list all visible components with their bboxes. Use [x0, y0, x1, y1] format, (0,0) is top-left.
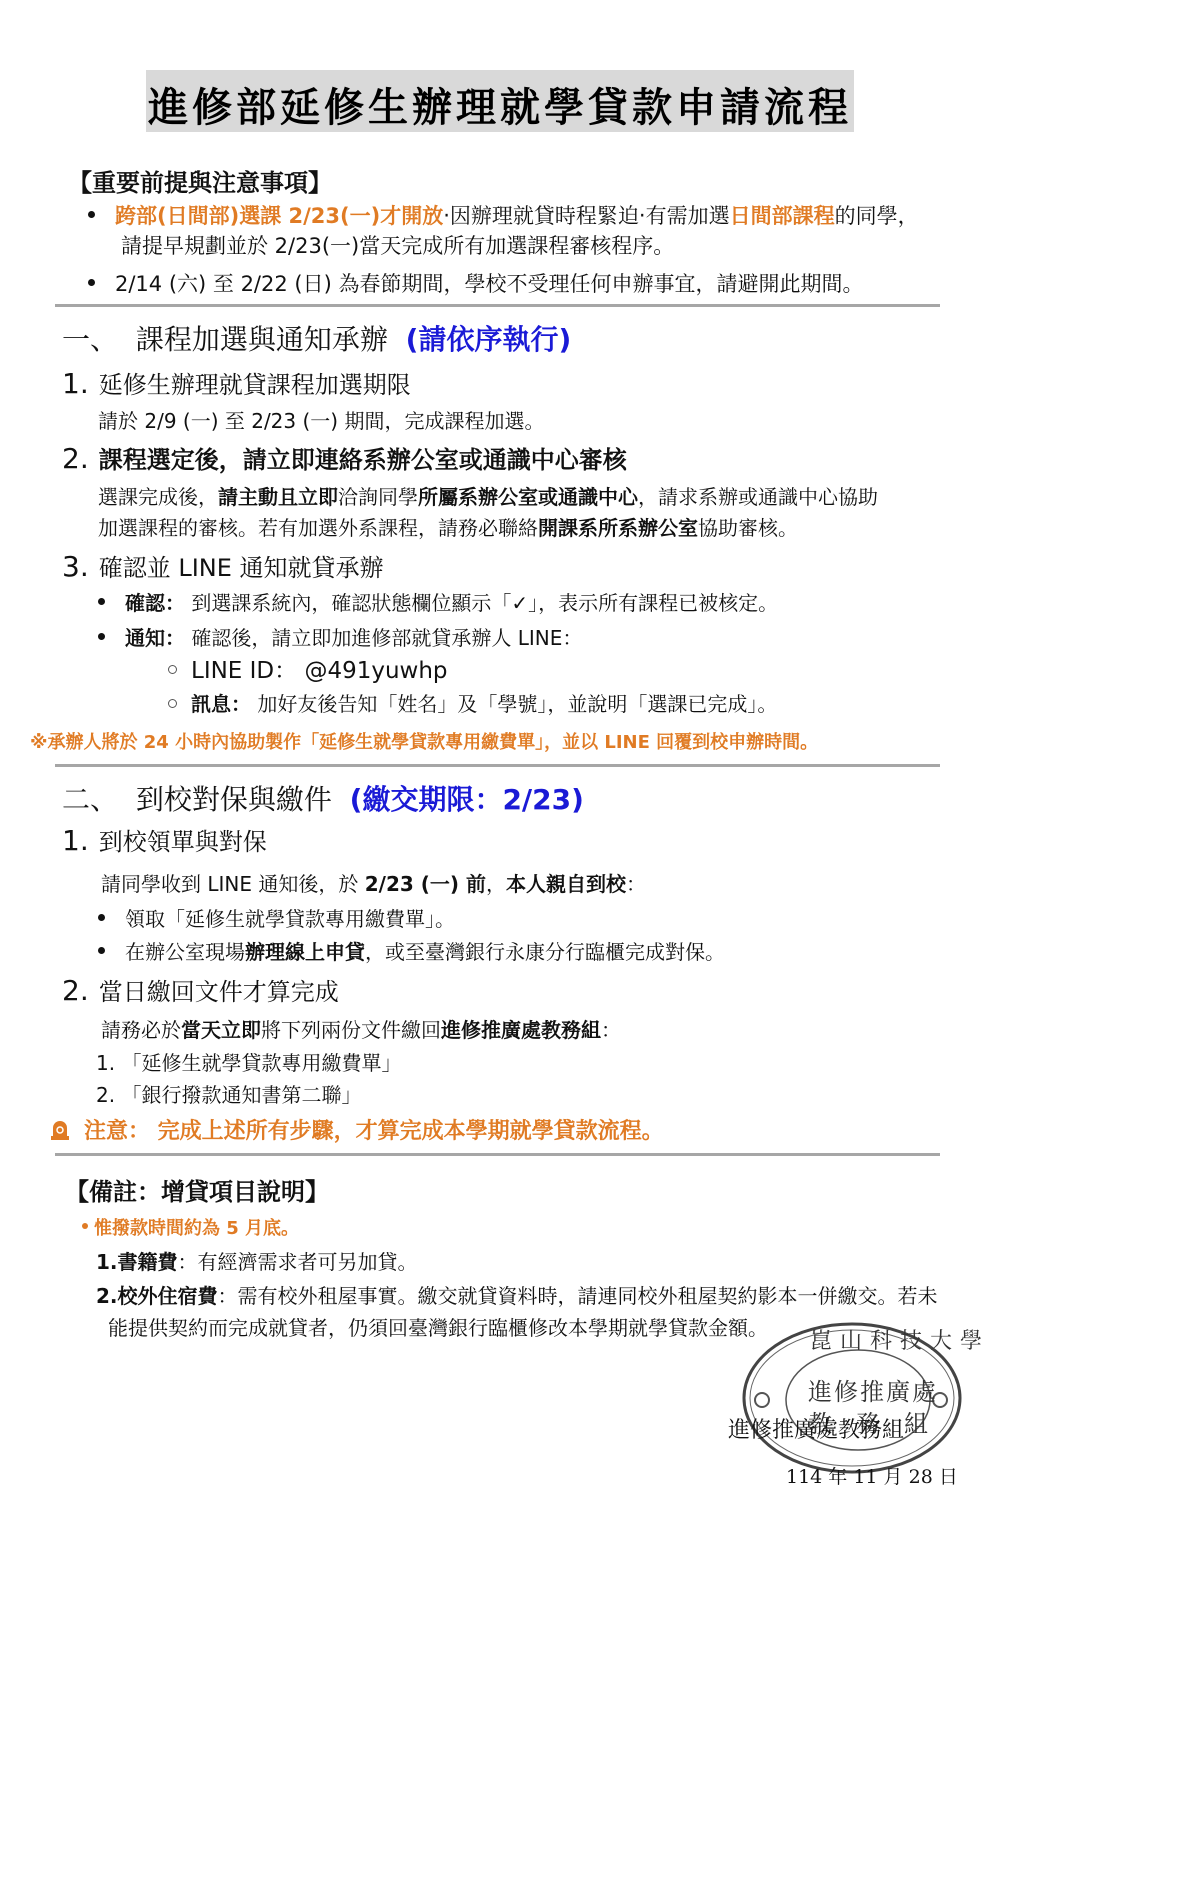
divider: [55, 304, 940, 307]
bullet-icon: [98, 947, 105, 954]
section1-step-3-confirm: 確認： 到選課系統內，確認狀態欄位顯示「✓」，表示所有課程已被核定。: [98, 587, 778, 616]
remarks-item-1: 1.書籍費：有經濟需求者可另加貸。: [96, 1246, 418, 1275]
section1-step-3-notify: 通知： 確認後，請立即加進修部就貸承辦人 LINE：: [98, 622, 582, 651]
document-date: 114 年 11 月 28 日: [786, 1462, 958, 1489]
section1-step-2-body-line2: 加選課程的審核。若有加選外系課程，請務必聯絡開課系所系辦公室協助審核。: [98, 512, 798, 541]
remarks-item-2-line2: 能提供契約而完成就貸者，仍須回臺灣銀行臨櫃修改本學期就學貸款金額。: [108, 1312, 768, 1341]
section2-step-2-body: 請務必於當天立即將下列兩份文件繳回進修推廣處教務組：: [101, 1014, 621, 1043]
bullet-icon: [82, 1223, 88, 1229]
section2-step-1-body: 請同學收到 LINE 通知後，於 2/23 (一) 前，本人親自到校：: [101, 868, 646, 897]
section2-step-1-bullet-1: 領取「延修生就學貸款專用繳費單」。: [98, 903, 455, 932]
alarm-light-icon: [50, 1120, 70, 1140]
section1-step-2: 2.課程選定後，請立即連絡系辦公室或通識中心審核: [62, 440, 627, 475]
prereq-item-1-line2: 請提早規劃並於 2/23(一)當天完成所有加選課程審核程序。: [121, 230, 674, 260]
document-list-item-1: 1. 「延修生就學貸款專用繳費單」: [96, 1047, 401, 1076]
bullet-icon: [98, 598, 105, 605]
document-list-item-2: 2. 「銀行撥款通知書第二聯」: [96, 1079, 361, 1108]
section1-step-2-body-line1: 選課完成後，請主動且立即洽詢同學所屬系辦公室或通識中心，請求系辦或通識中心協助: [98, 481, 878, 510]
remarks-note: 惟撥款時間約為 5 月底。: [82, 1214, 299, 1240]
section2-step-1: 1.到校領單與對保: [62, 822, 267, 857]
remarks-item-2: 2.校外住宿費：需有校外租屋事實。繳交就貸資料時，請連同校外租屋契約影本一併繳交…: [96, 1280, 938, 1309]
section2-step-2: 2.當日繳回文件才算完成: [62, 972, 339, 1007]
circle-bullet-icon: [168, 699, 177, 708]
section2-step-1-bullet-2: 在辦公室現場辦理線上申貸，或至臺灣銀行永康分行臨櫃完成對保。: [98, 936, 725, 965]
section1-step-1: 1.延修生辦理就貸課程加選期限: [62, 365, 411, 400]
section1-step-1-body: 請於 2/9 (一) 至 2/23 (一) 期間，完成課程加選。: [98, 405, 544, 434]
remarks-heading: 【備註：增貸項目說明】: [65, 1172, 329, 1207]
circle-bullet-icon: [168, 665, 177, 674]
divider: [55, 764, 940, 767]
message-item: 訊息： 加好友後告知「姓名」及「學號」，並說明「選課已完成」。: [168, 688, 777, 717]
line-id-value[interactable]: @491yuwhp: [297, 658, 447, 684]
section1-footnote: ※承辦人將於 24 小時內協助製作「延修生就學貸款專用繳費單」，並以 LINE …: [30, 728, 818, 754]
divider: [55, 1153, 940, 1156]
stamp-outer-text: 崑山科技大學: [810, 1324, 990, 1355]
bullet-icon: [88, 211, 95, 218]
document-title: 進修部延修生辦理就學貸款申請流程: [146, 76, 854, 133]
stamp-inner-text-1: 進修推廣處: [808, 1372, 938, 1407]
bullet-icon: [88, 279, 95, 286]
bullet-icon: [98, 914, 105, 921]
section1-step-3: 3.確認並 LINE 通知就貸承辦: [62, 548, 384, 583]
title-banner: 進修部延修生辦理就學貸款申請流程: [146, 70, 854, 132]
section2-heading: 二、 到校對保與繳件 (繳交期限：2/23): [62, 778, 584, 818]
warning-note: 注意： 完成上述所有步驟，才算完成本學期就學貸款流程。: [50, 1114, 664, 1145]
prerequisites-heading: 【重要前提與注意事項】: [68, 163, 332, 198]
bullet-icon: [98, 633, 105, 640]
line-id-item: LINE ID： @491yuwhp: [168, 652, 448, 685]
section1-heading: 一、 課程加選與通知承辦 (請依序執行): [62, 318, 571, 358]
prereq-item-1: 跨部(日間部)選課 2/23(一)才開放‧因辦理就貸時程緊迫‧有需加選日間部課程…: [88, 200, 919, 230]
signature-unit: 進修推廣處教務組: [728, 1413, 904, 1444]
prereq-item-2: 2/14 (六) 至 2/22 (日) 為春節期間，學校不受理任何申辦事宜，請避…: [88, 268, 863, 298]
